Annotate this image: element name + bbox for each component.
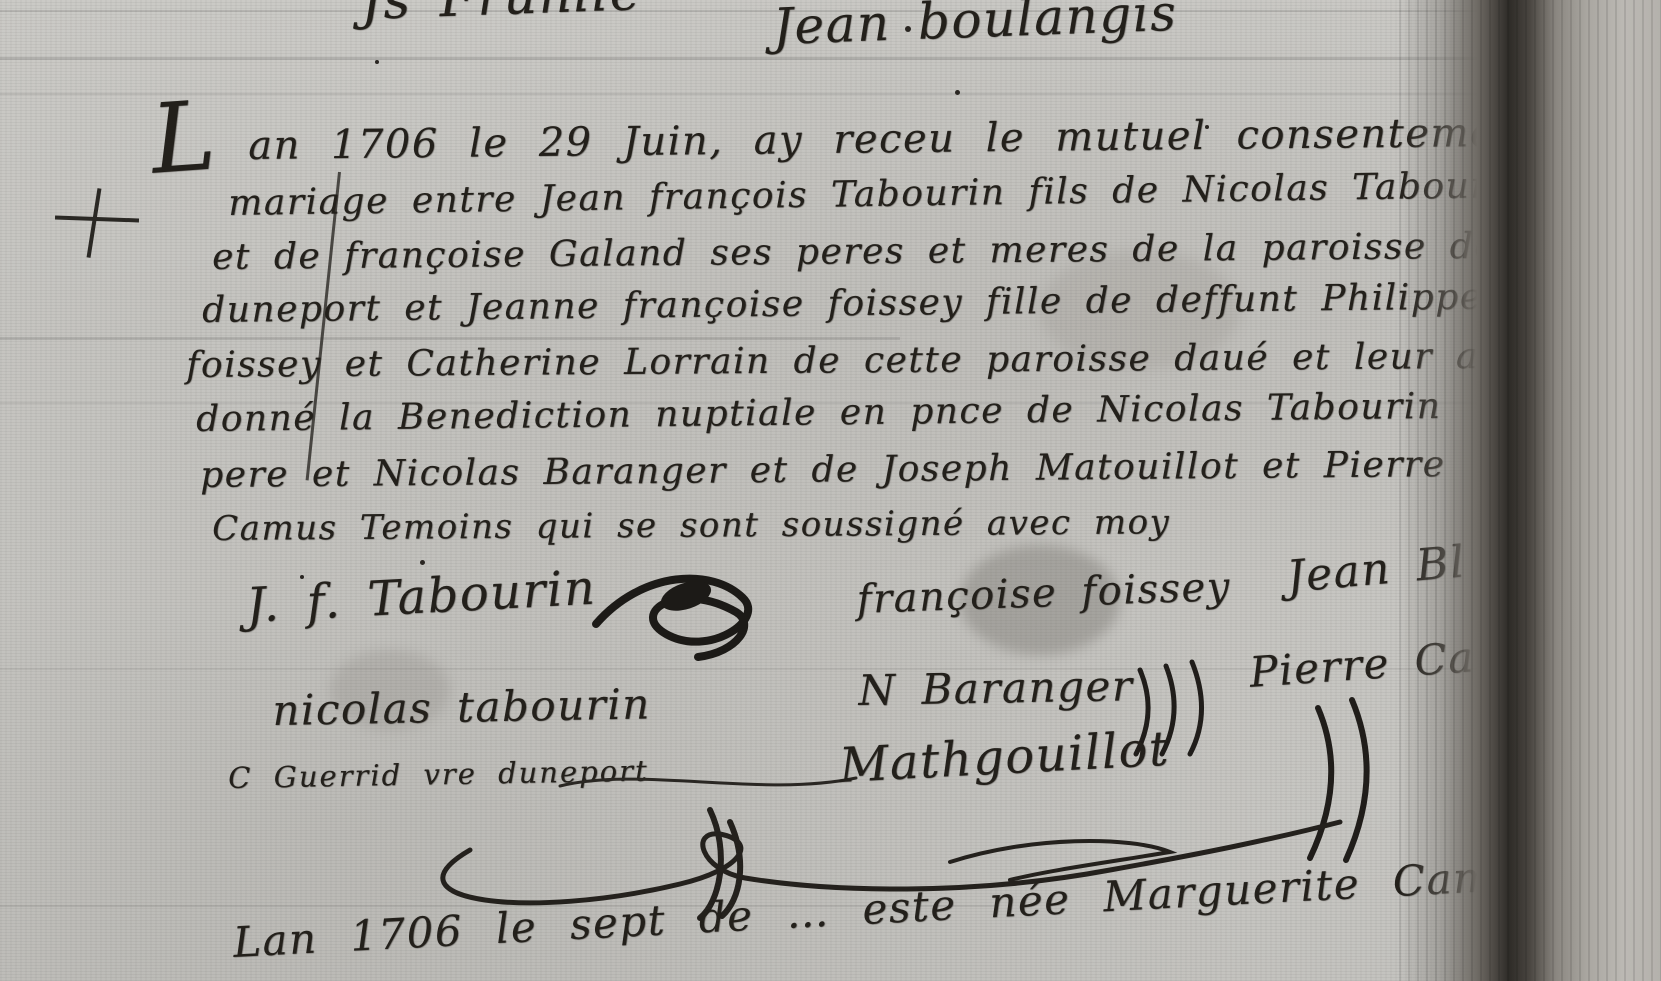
signature-bride: françoise foissey [856,567,1231,620]
scan-line-artifact [0,337,900,340]
manuscript-page: Js Frunlle Jean boulangis L an 1706 le 2… [0,0,1661,981]
record-line: foissey et Catherine Lorrain de cette pa… [186,339,1501,384]
record-line: mariage entre Jean françois Tabourin fil… [228,168,1527,222]
header-left-fragment: Js Frunlle [360,0,643,28]
record-line: Camus Temoins qui se sont soussigné avec… [212,505,1170,546]
ink-speck [420,560,425,565]
drop-cap-initial: L [148,87,220,187]
ink-speck [375,60,379,64]
margin-cross-icon [55,216,139,223]
signature-matouillot: Mathgouillot [838,725,1171,790]
record-line: pere et Nicolas Baranger et de Joseph Ma… [200,447,1446,494]
margin-cross-icon [87,188,102,258]
record-line: duneport et Jeanne françoise foissey fil… [202,280,1483,329]
book-gutter-binding [1399,0,1661,981]
record-name-heading: Jean boulangis [772,0,1178,52]
groom-paraph-flourish [588,562,778,672]
signature-groom: J. f. Tabourin [245,564,597,630]
signature-father: nicolas tabourin [272,683,651,732]
signature-baranger: N Baranger [858,665,1134,712]
ink-speck [955,90,960,95]
record-line: donné la Benediction nuptiale en pnce de… [196,389,1442,438]
